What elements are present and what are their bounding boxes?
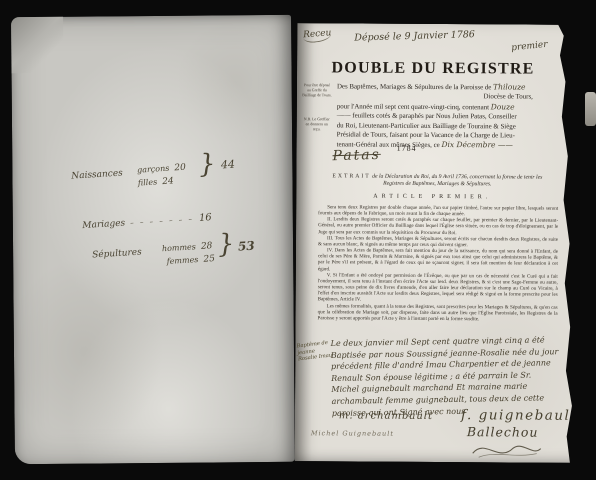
photo-backdrop: Naissances garçons 20 filles 24 } 44 Mar… bbox=[0, 0, 596, 480]
page-corner-fold bbox=[11, 17, 63, 73]
signature-paraph-flourish bbox=[471, 442, 543, 460]
marriages-value: 16 bbox=[199, 212, 212, 224]
patas-signature: Patas bbox=[332, 147, 381, 164]
intro-line-1: Des Baptêmes, Mariages & Sépultures de l… bbox=[337, 81, 563, 93]
signature-guignebault: f. guignebault bbox=[461, 407, 577, 424]
article-paragraph-5: V. Si l'Enfant a été ondoyé par permissi… bbox=[318, 272, 558, 304]
parish-name-handwritten: Thilouze bbox=[493, 82, 525, 91]
signature-michel-guignebault: Michel Guignebault bbox=[311, 429, 394, 438]
births-brace: } bbox=[198, 149, 216, 180]
article-paragraph-6: Les mêmes formalités, quant à la tenue d… bbox=[318, 303, 558, 323]
right-page: Receu Déposé le 9 Janvier 1786 premier D… bbox=[295, 23, 580, 463]
extract-word: EXTRAIT bbox=[332, 173, 370, 179]
extract-text: de la Déclaration du Roi, du 9 Avril 173… bbox=[372, 174, 542, 188]
women-value: 25 bbox=[203, 254, 215, 265]
intro-line-3-print: pour l'Année mil sept cent quatre-vingt-… bbox=[337, 103, 489, 111]
margin-note-deposit: Pour être déposé au Greffe du Bailliage … bbox=[302, 83, 332, 98]
ordinance-articles: Sera tenu deux Registres par double chaq… bbox=[318, 204, 559, 322]
tally-marriages-row: Mariages – – – – – – – 16 bbox=[82, 205, 213, 232]
intro-line-1-print: Des Baptêmes, Mariages & Sépultures de l… bbox=[337, 83, 491, 91]
witness-signatures-row: m. archambault f. guignebault bbox=[339, 405, 577, 424]
marriages-label: Mariages bbox=[82, 218, 125, 231]
annual-tally: Naissances garçons 20 filles 24 } 44 Mar… bbox=[70, 150, 260, 162]
signature-ballechou: Ballechou bbox=[467, 424, 539, 439]
folio-count-handwritten: Douze bbox=[491, 102, 515, 111]
article-premier-heading: ARTICLE PREMIER. bbox=[296, 193, 568, 201]
register-title: DOUBLE DU REGISTRE bbox=[297, 59, 569, 79]
girls-label: filles bbox=[138, 177, 158, 187]
burials-brace: } bbox=[217, 229, 235, 260]
births-girls-row: filles 24 bbox=[137, 168, 174, 189]
births-total: 44 bbox=[221, 158, 236, 172]
burials-label: Sépultures bbox=[92, 248, 142, 261]
article-paragraph-2: II. Lesdits deux Registres seront cotés … bbox=[318, 217, 558, 237]
burials-women-row: femmes 25 bbox=[166, 246, 215, 268]
marriages-dashes: – – – – – – – bbox=[130, 215, 194, 227]
folio-number-annotation: premier bbox=[511, 40, 548, 54]
lieutenant-signature-block: 1784 Patas bbox=[332, 143, 492, 170]
girls-value: 24 bbox=[162, 176, 174, 187]
page-edge-sliver bbox=[585, 92, 596, 126]
women-label: femmes bbox=[166, 255, 198, 266]
signature-archambault: m. archambault bbox=[339, 410, 433, 422]
births-label: Naissances bbox=[71, 169, 123, 182]
article-paragraph-4: IV. Dans les Actes de Baptêmes, sera fai… bbox=[318, 247, 558, 273]
extract-heading: EXTRAIT de la Déclaration du Roi, du 9 A… bbox=[322, 173, 552, 188]
received-annotation: Receu bbox=[303, 28, 332, 43]
boys-value: 20 bbox=[174, 163, 186, 174]
deposit-date-annotation: Déposé le 9 Janvier 1786 bbox=[354, 29, 475, 43]
left-page: Naissances garçons 20 filles 24 } 44 Mar… bbox=[11, 15, 295, 464]
burials-total: 53 bbox=[238, 239, 256, 254]
margin-note-receipt: N.B. Le Greffier en donnera un reçu. bbox=[302, 117, 332, 132]
register-intro: Des Baptêmes, Mariages & Sépultures de l… bbox=[337, 81, 563, 151]
year-1784: 1784 bbox=[397, 144, 417, 153]
